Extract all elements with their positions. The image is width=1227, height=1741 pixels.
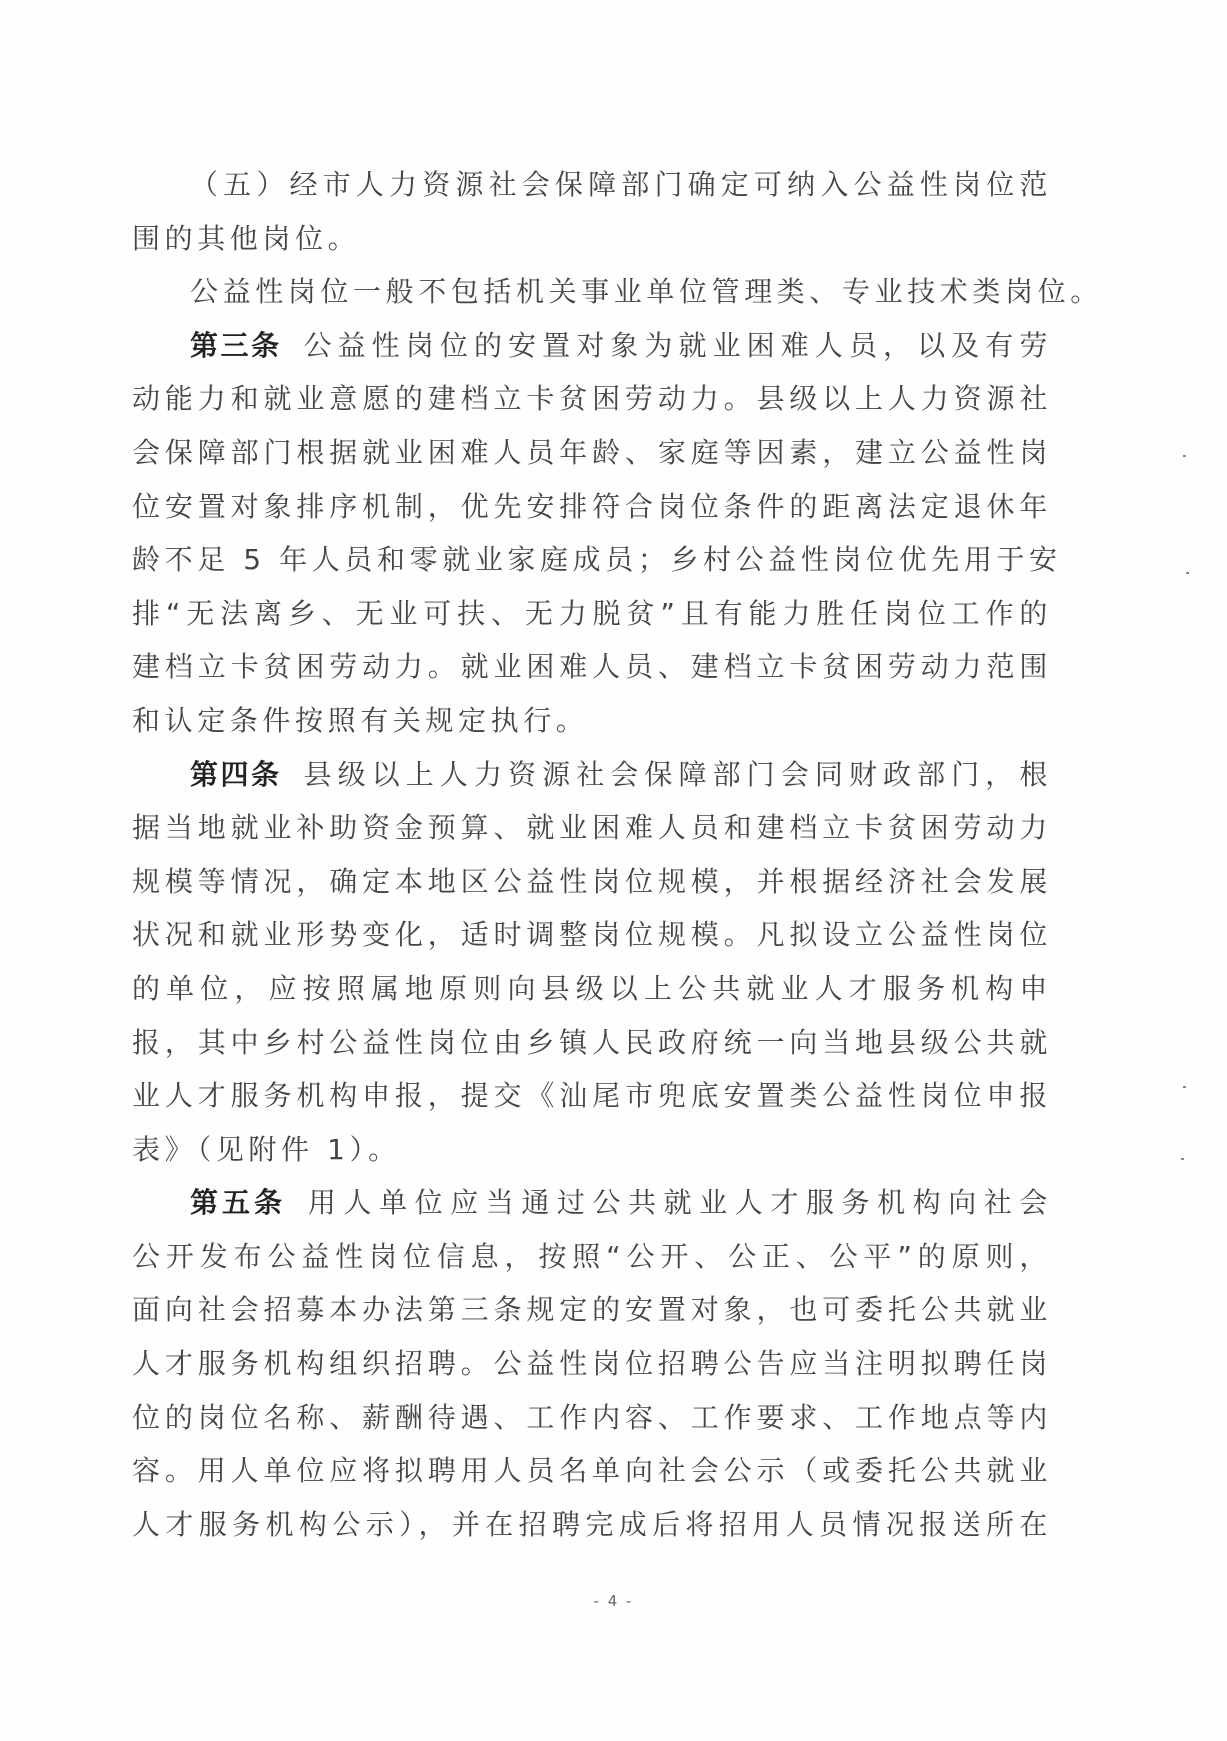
line-text: 建档立卡贫困劳动力。就业困难人员、建档立卡贫困劳动力范围 [132, 650, 1052, 683]
text-line: （五）经市人力资源社会保障部门确定可纳入公益性岗位范 [132, 158, 1052, 212]
line-text: （五）经市人力资源社会保障部门确定可纳入公益性岗位范 [190, 168, 1052, 201]
line-text: 人才服务机构公示），并在招聘完成后将招用人员情况报送所在 [132, 1508, 1052, 1541]
text-line: 公开发布公益性岗位信息，按照“公开、公正、公平”的原则， [132, 1230, 1052, 1284]
line-text: 动能力和就业意愿的建档立卡贫困劳动力。县级以上人力资源社 [132, 382, 1052, 415]
article-paragraph-start: 第四条县级以上人力资源社会保障部门会同财政部门，根 [132, 748, 1052, 802]
text-line: 排“无法离乡、无业可扶、无力脱贫”且有能力胜任岗位工作的 [132, 587, 1052, 641]
line-text: 用人单位应当通过公共就业人才服务机构向社会 [308, 1186, 1052, 1219]
scan-mark [1183, 455, 1186, 457]
text-line: 动能力和就业意愿的建档立卡贫困劳动力。县级以上人力资源社 [132, 372, 1052, 426]
line-text: 公开发布公益性岗位信息，按照“公开、公正、公平”的原则， [132, 1240, 1052, 1273]
text-line: 和认定条件按照有关规定执行。 [132, 694, 1052, 748]
text-line: 人才服务机构组织招聘。公益性岗位招聘公告应当注明拟聘任岗 [132, 1337, 1052, 1391]
scan-mark [1183, 1086, 1186, 1088]
line-text: 的单位，应按照属地原则向县级以上公共就业人才服务机构申 [132, 972, 1052, 1005]
text-line: 围的其他岗位。 [132, 212, 1052, 266]
line-text: 县级以上人力资源社会保障部门会同财政部门，根 [303, 758, 1052, 791]
line-text: 表》（见附件 1）。 [132, 1133, 401, 1166]
line-text: 容。用人单位应将拟聘用人员名单向社会公示（或委托公共就业 [132, 1454, 1052, 1487]
line-text: 报，其中乡村公益性岗位由乡镇人民政府统一向当地县级公共就 [132, 1026, 1052, 1059]
line-text: 围的其他岗位。 [132, 222, 360, 255]
text-line: 容。用人单位应将拟聘用人员名单向社会公示（或委托公共就业 [132, 1444, 1052, 1498]
article-heading: 第三条 [190, 329, 281, 362]
line-text: 据当地就业补助资金预算、就业困难人员和建档立卡贫困劳动力 [132, 811, 1052, 844]
line-text: 龄不足 5 年人员和零就业家庭成员；乡村公益性岗位优先用于安 [132, 543, 1062, 576]
article-paragraph-start: 第五条用人单位应当通过公共就业人才服务机构向社会 [132, 1176, 1052, 1230]
line-text: 业人才服务机构申报，提交《汕尾市兜底安置类公益性岗位申报 [132, 1079, 1052, 1112]
document-body: （五）经市人力资源社会保障部门确定可纳入公益性岗位范围的其他岗位。公益性岗位一般… [132, 158, 1052, 1551]
text-line: 人才服务机构公示），并在招聘完成后将招用人员情况报送所在 [132, 1498, 1052, 1552]
line-text: 状况和就业形势变化，适时调整岗位规模。凡拟设立公益性岗位 [132, 918, 1052, 951]
page-number: - 4 - [0, 1592, 1227, 1610]
text-line: 会保障部门根据就业困难人员年龄、家庭等因素，建立公益性岗 [132, 426, 1052, 480]
document-page: （五）经市人力资源社会保障部门确定可纳入公益性岗位范围的其他岗位。公益性岗位一般… [0, 0, 1227, 1741]
text-line: 面向社会招募本办法第三条规定的安置对象，也可委托公共就业 [132, 1283, 1052, 1337]
line-text: 公益性岗位的安置对象为就业困难人员，以及有劳 [303, 329, 1052, 362]
text-line: 位安置对象排序机制，优先安排符合岗位条件的距离法定退休年 [132, 480, 1052, 534]
line-text: 位安置对象排序机制，优先安排符合岗位条件的距离法定退休年 [132, 490, 1052, 523]
article-paragraph-start: 第三条公益性岗位的安置对象为就业困难人员，以及有劳 [132, 319, 1052, 373]
line-text: 面向社会招募本办法第三条规定的安置对象，也可委托公共就业 [132, 1293, 1052, 1326]
text-line: 表》（见附件 1）。 [132, 1123, 1052, 1177]
text-line: 龄不足 5 年人员和零就业家庭成员；乡村公益性岗位优先用于安 [132, 533, 1052, 587]
text-line: 的单位，应按照属地原则向县级以上公共就业人才服务机构申 [132, 962, 1052, 1016]
line-text: 公益性岗位一般不包括机关事业单位管理类、专业技术类岗位。 [190, 275, 1103, 308]
text-line: 状况和就业形势变化，适时调整岗位规模。凡拟设立公益性岗位 [132, 908, 1052, 962]
line-text: 规模等情况，确定本地区公益性岗位规模，并根据经济社会发展 [132, 865, 1052, 898]
article-heading: 第四条 [190, 758, 281, 791]
text-line: 位的岗位名称、薪酬待遇、工作内容、工作要求、工作地点等内 [132, 1391, 1052, 1445]
text-line: 据当地就业补助资金预算、就业困难人员和建档立卡贫困劳动力 [132, 801, 1052, 855]
text-line: 报，其中乡村公益性岗位由乡镇人民政府统一向当地县级公共就 [132, 1016, 1052, 1070]
line-text: 人才服务机构组织招聘。公益性岗位招聘公告应当注明拟聘任岗 [132, 1347, 1052, 1380]
text-line: 公益性岗位一般不包括机关事业单位管理类、专业技术类岗位。 [132, 265, 1052, 319]
scan-mark [1181, 1158, 1184, 1160]
scan-mark [1186, 572, 1189, 574]
line-text: 排“无法离乡、无业可扶、无力脱贫”且有能力胜任岗位工作的 [132, 597, 1052, 630]
text-line: 规模等情况，确定本地区公益性岗位规模，并根据经济社会发展 [132, 855, 1052, 909]
line-text: 和认定条件按照有关规定执行。 [132, 704, 588, 737]
line-text: 会保障部门根据就业困难人员年龄、家庭等因素，建立公益性岗 [132, 436, 1052, 469]
line-text: 位的岗位名称、薪酬待遇、工作内容、工作要求、工作地点等内 [132, 1401, 1052, 1434]
article-heading: 第五条 [190, 1186, 286, 1219]
text-line: 建档立卡贫困劳动力。就业困难人员、建档立卡贫困劳动力范围 [132, 640, 1052, 694]
text-line: 业人才服务机构申报，提交《汕尾市兜底安置类公益性岗位申报 [132, 1069, 1052, 1123]
